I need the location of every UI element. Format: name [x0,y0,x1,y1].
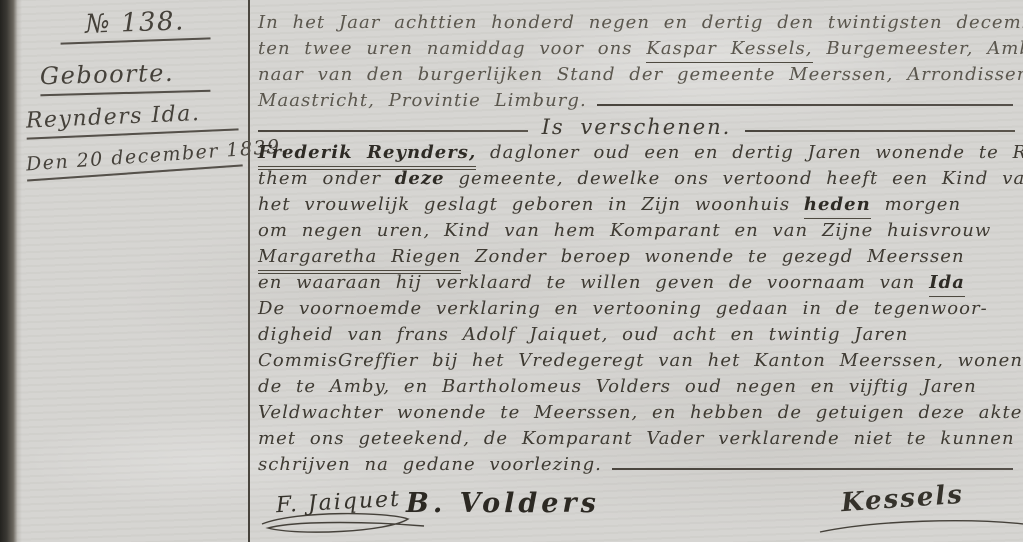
text-segment: Ida [929,270,965,297]
text-segment: Zonder beroep wonende te gezegd Meerssen [461,244,964,270]
signature-jaiquet: F. Jaiquet [275,487,401,519]
text-segment: CommisGreffier bij het Vredegeregt van h… [258,348,1023,374]
register-page: № 138. Geboorte. Reynders Ida. Den 20 de… [0,0,1023,542]
margin-rule [40,90,210,96]
record-type-label: Geboorte. [40,58,211,96]
text-segment: naar van den burgerlijken Stand der geme… [258,62,1023,88]
act-text-line: met ons geteekend, de Komparant Vader ve… [258,426,1015,452]
verschenen-heading-line: Is verschenen. [258,114,1015,140]
text-segment: dagloner oud een en dertig Jaren wonende… [476,140,1023,166]
act-text-line: schrijven na gedane voorlezing. [258,452,1015,478]
text-segment: ten twee uren namiddag voor ons [258,36,646,62]
text-segment: Kaspar Kessels, [646,36,812,63]
act-text-line: Margaretha Riegen Zonder beroep wonende … [258,244,1015,270]
act-text-line: om negen uren, Kind van hem Komparant en… [258,218,1015,244]
act-text-line: naar van den burgerlijken Stand der geme… [258,62,1015,88]
act-number: № 138. [59,5,210,44]
act-text-line: ten twee uren namiddag voor ons Kaspar K… [258,36,1015,62]
text-segment: het vrouwelijk geslagt geboren in Zijn w… [258,192,804,218]
text-segment: deze [395,166,445,192]
text-segment: Maastricht, Provintie Limburg. [258,88,587,114]
text-segment: In het Jaar achttien honderd negen en de… [258,10,1023,36]
text-segment: met ons geteekend, de Komparant Vader ve… [258,426,1015,452]
act-number-text: № 138. [85,6,186,39]
act-text-line: Veldwachter wonende te Meerssen, en hebb… [258,400,1015,426]
ruled-line [597,104,1013,106]
act-text-line: CommisGreffier bij het Vredegeregt van h… [258,348,1015,374]
person-name-label: Reynders Ida. [25,99,238,139]
text-segment: gemeente, dewelke ons vertoond heeft een… [445,166,1023,192]
text-segment: Veldwachter wonende te Meerssen, en hebb… [258,400,1023,426]
act-margin-column: № 138. Geboorte. Reynders Ida. Den 20 de… [22,0,248,542]
text-segment: de te Amby, en Bartholomeus Volders oud … [258,374,977,400]
text-segment: Is verschenen. [542,114,732,140]
signature-flourish-icon [818,516,1023,538]
text-segment: heden [804,192,871,219]
margin-rule [61,37,211,44]
book-binding-edge [0,0,22,542]
act-text-line: en waaraan hij verklaard te willen geven… [258,270,1015,296]
margin-divider-line [248,0,250,542]
act-text-line: digheid van frans Adolf Jaiquet, oud ach… [258,322,1015,348]
act-text-line: De voornoemde verklaring en vertooning g… [258,296,1015,322]
person-name-text: Reynders Ida. [25,101,200,134]
record-date-label: Den 20 december 1839. [25,139,242,182]
act-text-line: het vrouwelijk geslagt geboren in Zijn w… [258,192,1015,218]
act-text-line: de te Amby, en Bartholomeus Volders oud … [258,374,1015,400]
text-segment: Burgemeester, Ambte- [813,36,1023,62]
ruled-line [612,468,1013,470]
text-segment: schrijven na gedane voorlezing. [258,452,602,478]
act-text-line: Frederik Reynders, dagloner oud een en d… [258,140,1015,166]
text-segment: digheid van frans Adolf Jaiquet, oud ach… [258,322,908,348]
text-segment: en waaraan hij verklaard te willen geven… [258,270,929,296]
signature-row: F. Jaiquet B. Volders Kessels [258,482,1015,540]
signature-kessels: Kessels [840,480,965,519]
text-segment: morgen [871,192,961,218]
record-type-text: Geboorte. [40,59,175,91]
act-text-line: In het Jaar achttien honderd negen en de… [258,10,1015,36]
text-segment: om negen uren, Kind van hem Komparant en… [258,218,991,244]
act-text-line: them onder deze gemeente, dewelke ons ve… [258,166,1015,192]
signature-volders: B. Volders [406,488,600,519]
text-segment: De voornoemde verklaring en vertooning g… [258,296,988,322]
text-segment: them onder [258,166,395,192]
act-body-text: In het Jaar achttien honderd negen en de… [258,10,1015,510]
act-text-line: Maastricht, Provintie Limburg. [258,88,1015,114]
